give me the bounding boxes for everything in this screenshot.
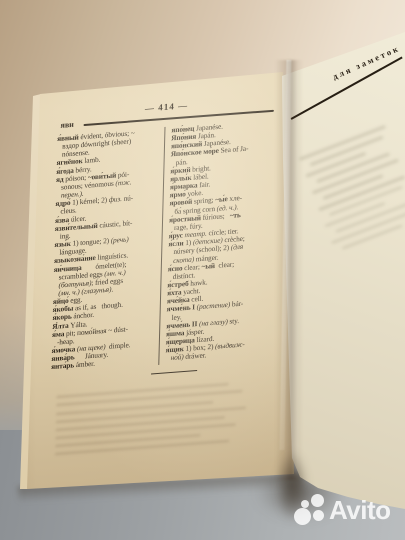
avito-watermark: Avito xyxy=(292,490,404,534)
dictionary-line: ячме́нь II (на глазу) sty. xyxy=(166,314,269,330)
dictionary-line: вздор dównright (sheer) xyxy=(57,135,160,151)
dictionary-columns: я́вный évident, óbvious; ~ вздор dównrig… xyxy=(51,119,275,372)
dictionary-line: cleus. xyxy=(55,201,158,217)
running-head-row: явн xyxy=(57,105,275,132)
running-head: явн xyxy=(60,120,74,130)
dictionary-line: я́хта yacht. xyxy=(167,282,270,298)
dictionary-line: ley. xyxy=(166,306,269,322)
dictionary-line: (мн. ч.) (глазунья). xyxy=(53,282,156,298)
dictionary-line: яче́йка cell. xyxy=(167,290,270,306)
dictionary-line: Я́лта Yálta. xyxy=(52,315,155,331)
dictionary-line: я́вный évident, óbvious; ~ xyxy=(57,127,160,143)
dictionary-line: ярмо́ yoke. xyxy=(170,184,273,200)
show-through-text xyxy=(55,381,253,456)
dictionary-line: pán. xyxy=(170,151,273,167)
column-left: я́вный évident, óbvious; ~ вздор dównrig… xyxy=(51,127,160,371)
dictionary-line: яи́чница ómelet(te); xyxy=(54,258,157,274)
dictionary-line: я́рус театр. círcle; tier. xyxy=(169,225,272,241)
dictionary-line: sonous; vénomous (тж. xyxy=(56,176,159,192)
dictionary-line: яйцо́ egg. xyxy=(53,290,156,306)
dictionary-line: scrambled eggs (мн. ч.) xyxy=(53,266,156,282)
dictionary-line: я́кобы as if, as though. xyxy=(53,299,156,315)
end-of-text-rule xyxy=(151,370,197,375)
dictionary-line: я́ма pit; помо́йная ~ dúst- xyxy=(52,323,155,339)
dictionary-line: я́ростный fúrious; ~ть xyxy=(169,208,272,224)
dictionary-line: -heap. xyxy=(52,331,155,347)
dictionary-line: я́шма jásper. xyxy=(166,323,269,339)
page-number: — 414 — xyxy=(58,94,276,120)
dictionary-line: ярово́й spring; ~ы́е хле- xyxy=(169,192,272,208)
dictionary-line: nónsense. xyxy=(57,144,160,160)
dictionary-page-content: — 414 — явн я́вный évident, óbvious; ~ в… xyxy=(49,92,276,462)
column-divider xyxy=(158,127,165,365)
dictionary-line: ягнёнок lamb. xyxy=(56,152,159,168)
dictionary-line: языкозна́ние linguístics. xyxy=(54,250,157,266)
dictionary-line: distínct. xyxy=(167,265,270,281)
dictionary-line: (болтунья); fried eggs xyxy=(53,274,156,290)
dictionary-line: но́й) dráwer. xyxy=(165,347,268,363)
column-right: япо́нец Japanése.Япо́ния Japán.япо́нский… xyxy=(165,119,274,363)
header-rule xyxy=(84,110,274,126)
dictionary-line: янва́рь Jánuary. xyxy=(51,347,154,363)
dictionary-line: янта́рь ámber. xyxy=(51,356,154,372)
dictionary-line: яд póison; ~ови́тый pói- xyxy=(56,168,159,184)
dictionary-line: núrsery (school); 2) (для xyxy=(168,241,271,257)
dictionary-line: я́рмарка fair. xyxy=(170,176,273,192)
dictionary-line: ячме́нь I (растение) bár- xyxy=(167,298,270,314)
dictionary-line: я́года bérry. xyxy=(56,160,159,176)
dictionary-line: Япо́нское мо́ре Sea of Ja- xyxy=(171,143,274,159)
dictionary-line: я́зва úlcer. xyxy=(55,209,158,225)
dictionary-line: япо́нец Japanése. xyxy=(171,119,274,135)
avito-logo-circle-icon xyxy=(311,494,324,507)
dictionary-line: я́щик 1) box; 2) (выдвиж- xyxy=(166,339,269,355)
dictionary-line: язви́тельный cáustic, bít- xyxy=(55,217,158,233)
dictionary-line: я́мочка (на щеке) dimple. xyxy=(52,339,155,355)
dictionary-line: скота) mánger. xyxy=(168,249,271,265)
dictionary-line: я́стреб hawk. xyxy=(167,274,270,290)
dictionary-line: ядро́ 1) kérnel; 2) физ. nú- xyxy=(55,193,158,209)
avito-logo-circle-icon xyxy=(301,500,309,508)
dictionary-line: Япо́ния Japán. xyxy=(171,127,274,143)
dictionary-line: ярлы́к lábel. xyxy=(170,168,273,184)
dictionary-line: ба́ spring corn (ед. ч.). xyxy=(169,200,272,216)
dictionary-line: язы́к 1) tongue; 2) (речь) xyxy=(54,233,157,249)
book-gutter-shadow xyxy=(275,60,303,480)
dictionary-line: я́корь ánchor. xyxy=(52,307,155,323)
dictionary-line: я́сно clear; ~ый clear; xyxy=(168,257,271,273)
book-photo: — 414 — явн я́вный évident, óbvious; ~ в… xyxy=(0,0,405,540)
dictionary-line: я́ркий bright. xyxy=(170,159,273,175)
dictionary-line: я́щерица lízard. xyxy=(166,331,269,347)
avito-logo-circle-icon xyxy=(313,510,324,521)
dictionary-line: япо́нский Japanése. xyxy=(171,135,274,151)
dictionary-line: перен.). xyxy=(56,184,159,200)
dictionary-line: я́сли 1) (детские) crèche; xyxy=(168,233,271,249)
dictionary-line: rage, fúry. xyxy=(169,217,272,233)
avito-logo-circle-icon xyxy=(294,508,311,525)
dictionary-line: lánguage. xyxy=(54,241,157,257)
avito-wordmark: Avito xyxy=(329,495,391,526)
dictionary-line: ing. xyxy=(55,225,158,241)
